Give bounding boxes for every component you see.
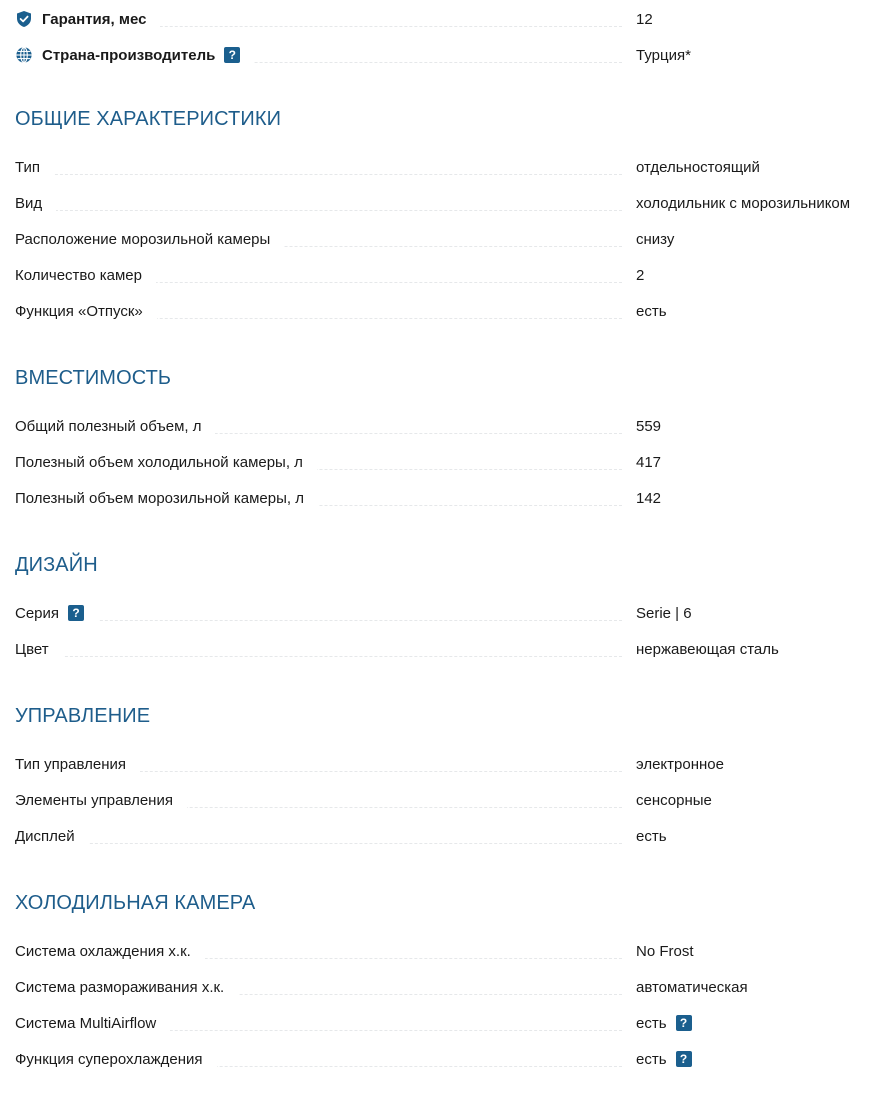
spec-row: Полезный объем холодильной камеры, л 417 (15, 444, 876, 480)
spec-row: Полезный объем морозильной камеры, л 142 (15, 480, 876, 516)
dotted-leader (15, 843, 622, 844)
spec-label: Система размораживания х.к. (15, 979, 238, 996)
section-title: ХОЛОДИЛЬНАЯ КАМЕРА (15, 888, 876, 918)
help-button[interactable]: ? (676, 1051, 692, 1067)
spec-label: Функция «Отпуск» (15, 303, 157, 320)
spec-row: Система MultiAirflow есть ? (15, 1005, 876, 1041)
label-wrap: Цвет (15, 631, 622, 667)
spec-row: Общий полезный объем, л 559 (15, 408, 876, 444)
spec-label-text: Гарантия, мес (42, 11, 146, 28)
section-fridge-compartment: ХОЛОДИЛЬНАЯ КАМЕРА Система охлаждения х.… (15, 888, 876, 1077)
spec-row: Система размораживания х.к. автоматическ… (15, 969, 876, 1005)
spec-row: Функция «Отпуск» есть (15, 293, 876, 329)
spec-label: Количество камер (15, 267, 156, 284)
label-wrap: Функция «Отпуск» (15, 293, 622, 329)
spec-value: 417 (636, 454, 661, 471)
shield-check-icon (15, 10, 33, 28)
spec-label: Цвет (15, 641, 63, 658)
label-wrap: Система охлаждения х.к. (15, 933, 622, 969)
spec-value: 559 (636, 418, 661, 435)
spec-label: Полезный объем морозильной камеры, л (15, 490, 318, 507)
section-controls: УПРАВЛЕНИЕ Тип управления электронное Эл… (15, 701, 876, 854)
spec-label-text: Серия (15, 605, 59, 622)
spec-row: Дисплей есть (15, 818, 876, 854)
spec-value: 12 (636, 11, 653, 28)
spec-value: есть (636, 828, 667, 845)
spec-value-text: есть (636, 1051, 667, 1068)
label-wrap: Гарантия, мес (15, 1, 622, 37)
spec-row: Элементы управления сенсорные (15, 782, 876, 818)
label-wrap: Дисплей (15, 818, 622, 854)
label-wrap: Полезный объем морозильной камеры, л (15, 480, 622, 516)
spec-row: Вид холодильник с морозильником (15, 185, 876, 221)
spec-value: электронное (636, 756, 724, 773)
spec-value: No Frost (636, 943, 694, 960)
spec-row: Функция суперохлаждения есть ? (15, 1041, 876, 1077)
help-button[interactable]: ? (224, 47, 240, 63)
spec-label: Элементы управления (15, 792, 187, 809)
section-title: УПРАВЛЕНИЕ (15, 701, 876, 731)
spec-label: Тип управления (15, 756, 140, 773)
label-wrap: Расположение морозильной камеры (15, 221, 622, 257)
label-wrap: Вид (15, 185, 622, 221)
spec-label: Серия ? (15, 605, 98, 622)
spec-label: Дисплей (15, 828, 89, 845)
section-design: ДИЗАЙН Серия ? Serie | 6 Цвет нержавеюща… (15, 550, 876, 667)
label-wrap: Страна-производитель ? (15, 37, 622, 73)
section-general: ОБЩИЕ ХАРАКТЕРИСТИКИ Тип отдельностоящий… (15, 104, 876, 329)
spec-value: есть (636, 303, 667, 320)
spec-label: Полезный объем холодильной камеры, л (15, 454, 317, 471)
section-title: ОБЩИЕ ХАРАКТЕРИСТИКИ (15, 104, 876, 134)
spec-label-text: Страна-производитель (42, 47, 215, 64)
spec-value-text: есть (636, 1015, 667, 1032)
spec-row: Расположение морозильной камеры снизу (15, 221, 876, 257)
label-wrap: Количество камер (15, 257, 622, 293)
spec-value: Serie | 6 (636, 605, 692, 622)
label-wrap: Тип (15, 149, 622, 185)
spec-value: есть ? (636, 1015, 692, 1032)
spec-row: Тип управления электронное (15, 746, 876, 782)
dotted-leader (15, 174, 622, 175)
spec-label: Система MultiAirflow (15, 1015, 170, 1032)
spec-row-warranty: Гарантия, мес 12 (15, 1, 876, 37)
spec-label: Вид (15, 195, 56, 212)
spec-label: Тип (15, 159, 54, 176)
spec-value: сенсорные (636, 792, 712, 809)
dotted-leader (15, 620, 622, 621)
label-wrap: Система MultiAirflow (15, 1005, 622, 1041)
spec-label: Расположение морозильной камеры (15, 231, 284, 248)
spec-row: Серия ? Serie | 6 (15, 595, 876, 631)
spec-row: Цвет нержавеющая сталь (15, 631, 876, 667)
dotted-leader (15, 210, 622, 211)
spec-value: отдельностоящий (636, 159, 760, 176)
section-title: ДИЗАЙН (15, 550, 876, 580)
spec-value: есть ? (636, 1051, 692, 1068)
spec-value: автоматическая (636, 979, 748, 996)
label-wrap: Тип управления (15, 746, 622, 782)
dotted-leader (15, 656, 622, 657)
spec-label: Общий полезный объем, л (15, 418, 215, 435)
globe-icon (15, 46, 33, 64)
help-button[interactable]: ? (676, 1015, 692, 1031)
help-button[interactable]: ? (68, 605, 84, 621)
label-wrap: Элементы управления (15, 782, 622, 818)
spec-row: Количество камер 2 (15, 257, 876, 293)
spec-row: Тип отдельностоящий (15, 149, 876, 185)
section-title: ВМЕСТИМОСТЬ (15, 363, 876, 393)
label-wrap: Система размораживания х.к. (15, 969, 622, 1005)
spec-label: Система охлаждения х.к. (15, 943, 205, 960)
spec-value: 2 (636, 267, 644, 284)
spec-row-country: Страна-производитель ? Турция* (15, 37, 876, 73)
label-wrap: Функция суперохлаждения (15, 1041, 622, 1077)
label-wrap: Общий полезный объем, л (15, 408, 622, 444)
section-capacity: ВМЕСТИМОСТЬ Общий полезный объем, л 559 … (15, 363, 876, 516)
spec-value: нержавеющая сталь (636, 641, 779, 658)
spec-value: Турция* (636, 47, 691, 64)
spec-row: Система охлаждения х.к. No Frost (15, 933, 876, 969)
spec-label: Страна-производитель ? (15, 46, 254, 64)
spec-label: Функция суперохлаждения (15, 1051, 217, 1068)
spec-value: холодильник с морозильником (636, 195, 850, 212)
label-wrap: Полезный объем холодильной камеры, л (15, 444, 622, 480)
spec-label: Гарантия, мес (15, 10, 160, 28)
label-wrap: Серия ? (15, 595, 622, 631)
spec-value: снизу (636, 231, 674, 248)
spec-value: 142 (636, 490, 661, 507)
specifications-list: Гарантия, мес 12 Страна-производит (15, 0, 876, 1077)
